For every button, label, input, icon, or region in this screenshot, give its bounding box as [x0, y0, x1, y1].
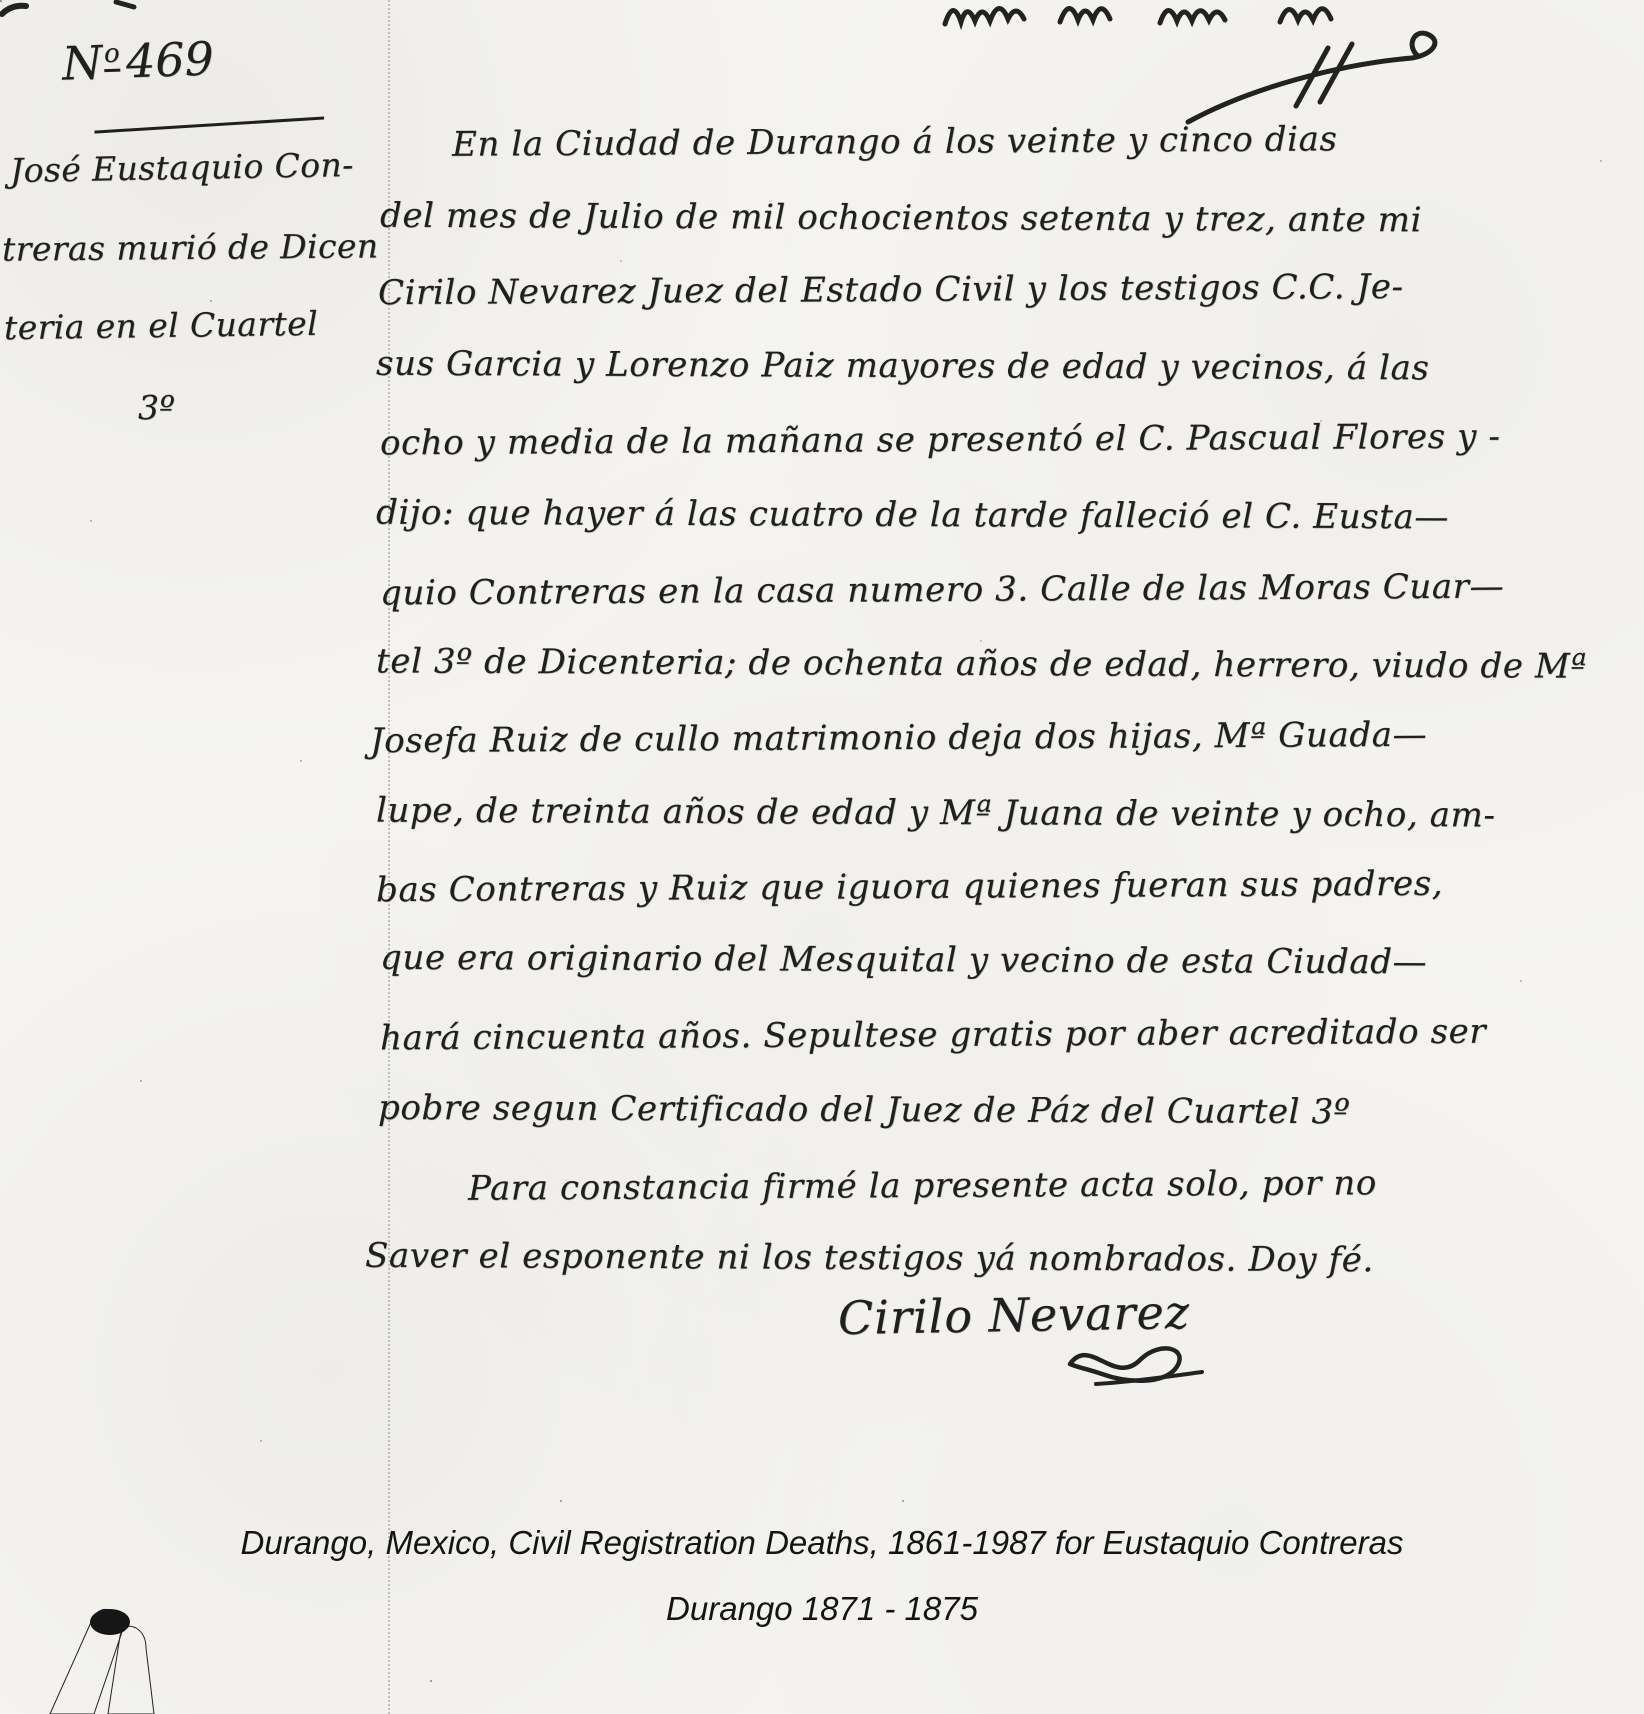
caption-line-2: Durango 1871 - 1875: [0, 1590, 1644, 1628]
body-line: sus Garcia y Lorenzo Paiz mayores de eda…: [376, 344, 1430, 389]
record-number-prefix: N: [61, 35, 103, 90]
body-line: lupe, de treinta años de edad y Mª Juana…: [376, 791, 1496, 836]
document-scan: No469 José Eustaquio Con- treras murió d…: [0, 0, 1644, 1714]
margin-note-line: 3º: [138, 388, 175, 427]
body-line: Para constancia firmé la presente acta s…: [468, 1163, 1377, 1209]
body-line: Saver el esponente ni los testigos yá no…: [365, 1236, 1374, 1280]
record-number-ordinal: o: [103, 38, 120, 72]
caption-line-1: Durango, Mexico, Civil Registration Deat…: [0, 1524, 1644, 1562]
record-number: No469: [61, 31, 215, 90]
margin-note-line: José Eustaquio Con-: [10, 145, 354, 190]
margin-note-line: treras murió de Dicen: [2, 226, 379, 268]
body-line: pobre segun Certificado del Juez de Páz …: [378, 1088, 1350, 1132]
body-line: dijo: que hayer á las cuatro de la tarde…: [376, 493, 1449, 538]
ink-blot-icon: [38, 1606, 218, 1714]
body-line: tel 3º de Dicenteria; de ochenta años de…: [376, 641, 1587, 686]
body-line: hará cincuenta años. Sepultese gratis po…: [380, 1012, 1486, 1059]
body-line: Josefa Ruiz de cullo matrimonio deja dos…: [370, 715, 1427, 761]
body-line: Cirilo Nevarez Juez del Estado Civil y l…: [378, 267, 1404, 313]
body-line: que era originario del Mesquital y vecin…: [380, 938, 1427, 983]
body-line: quio Contreras en la casa numero 3. Call…: [380, 567, 1504, 614]
record-number-value: 469: [125, 31, 215, 88]
body-line: ocho y media de la mañana se presentó el…: [380, 417, 1501, 464]
rubric-flourish-icon: [1062, 1332, 1212, 1394]
body-line: En la Ciudad de Durango á los veinte y c…: [452, 119, 1338, 164]
fold-crease: [388, 0, 390, 1714]
record-number-underline: [94, 117, 324, 134]
margin-note-line: teria en el Cuartel: [4, 304, 319, 347]
body-line: bas Contreras y Ruiz que iguora quienes …: [376, 864, 1443, 911]
body-line: del mes de Julio de mil ochocientos sete…: [380, 196, 1422, 241]
